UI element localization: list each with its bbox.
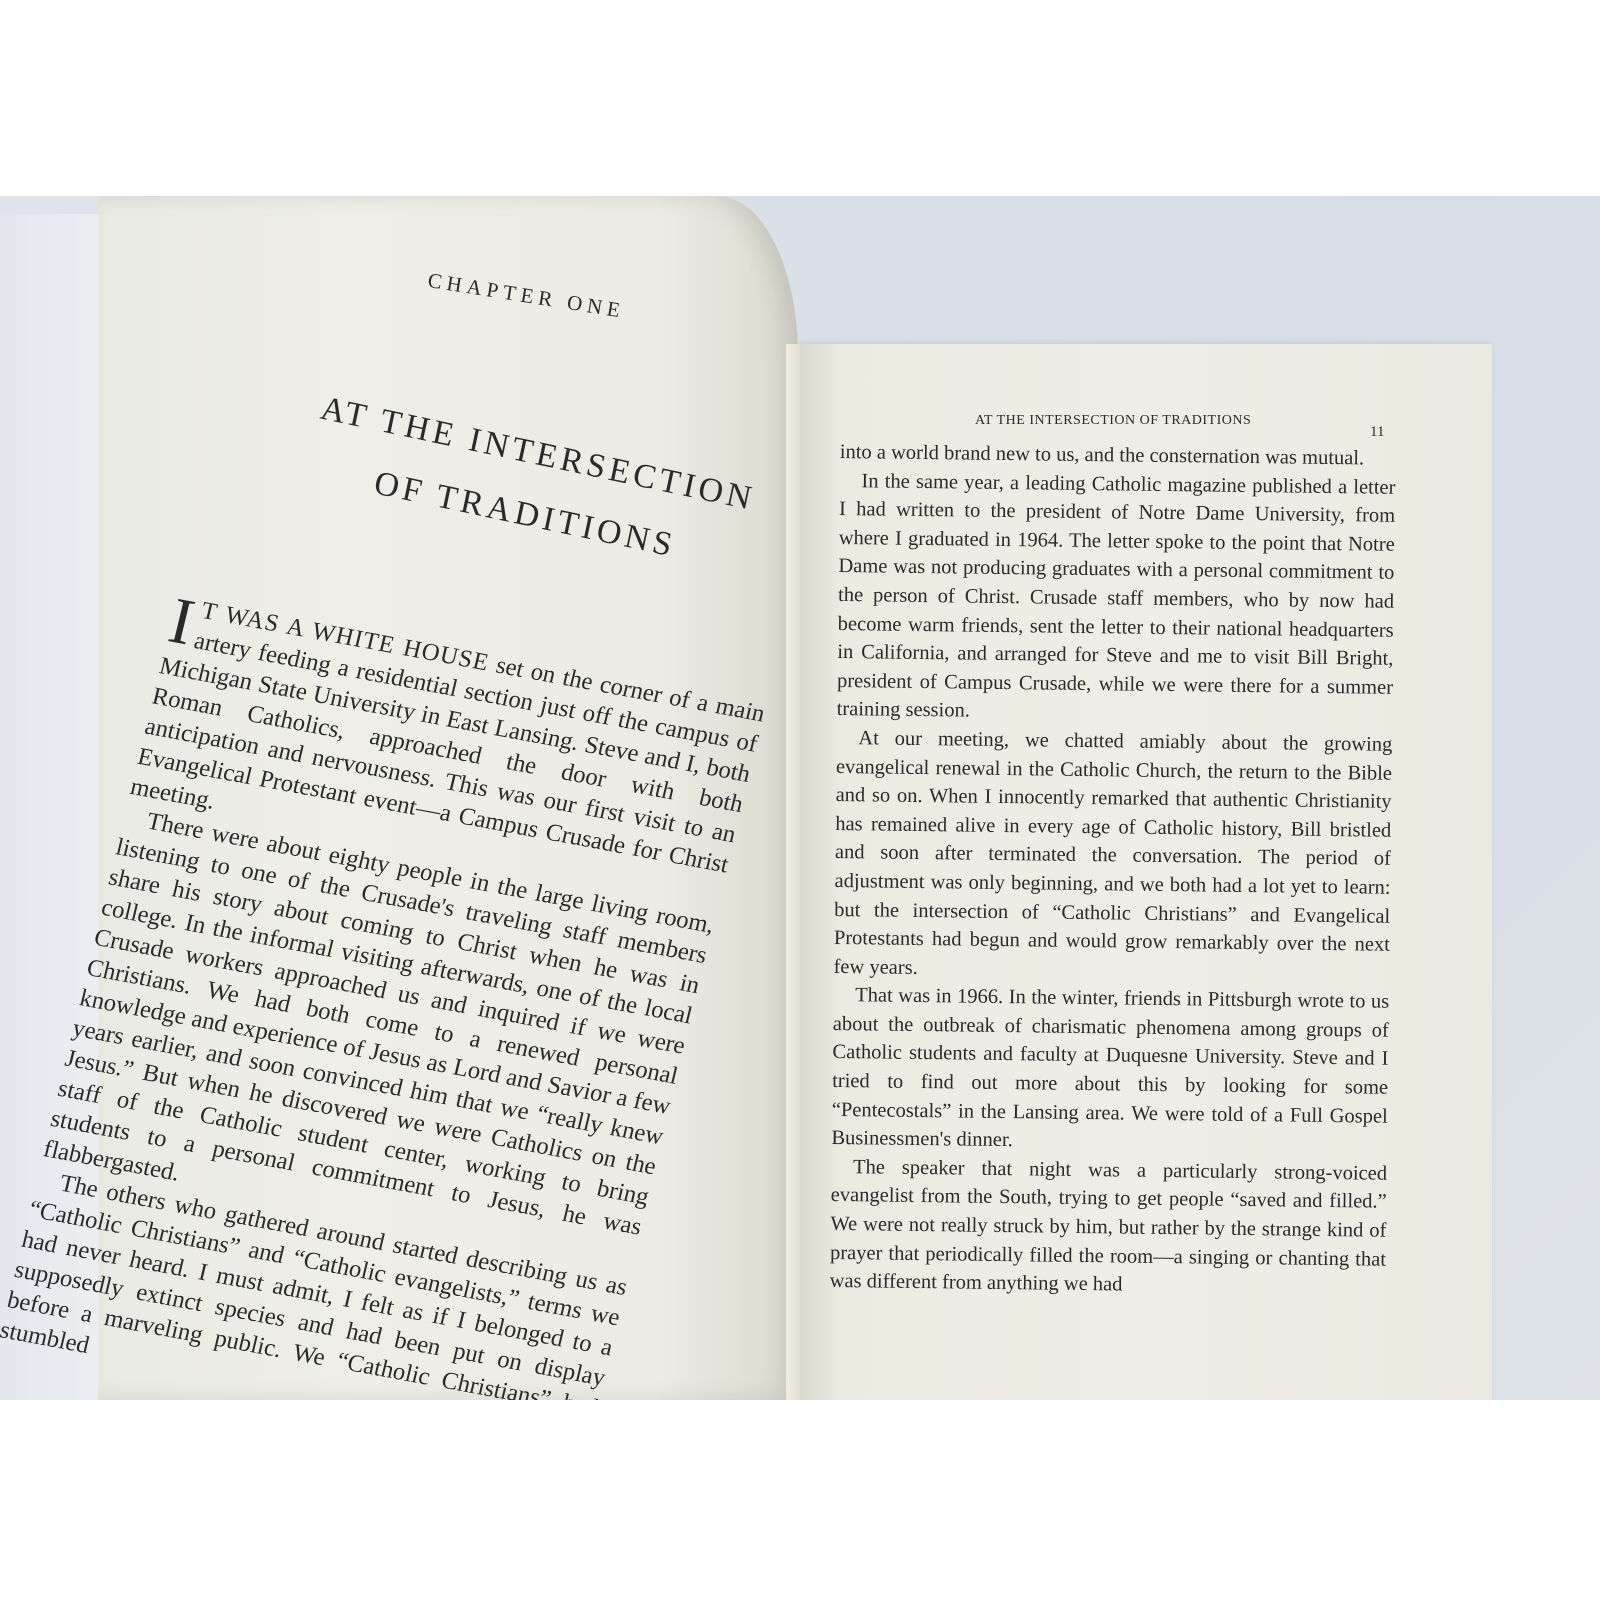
paragraph: In the same year, a leading Catholic mag… bbox=[837, 467, 1396, 731]
right-page-body: into a world brand new to us, and the co… bbox=[830, 438, 1396, 1303]
page-number: 11 bbox=[1370, 424, 1384, 441]
paragraph: The speaker that night was a particularl… bbox=[830, 1153, 1388, 1303]
bottom-white-margin bbox=[0, 1400, 1600, 1600]
paragraph: At our meeting, we chatted amiably about… bbox=[833, 724, 1392, 988]
running-head: AT THE INTERSECTION OF TRADITIONS bbox=[975, 413, 1251, 429]
paragraph: That was in 1966. In the winter, friends… bbox=[831, 981, 1389, 1159]
